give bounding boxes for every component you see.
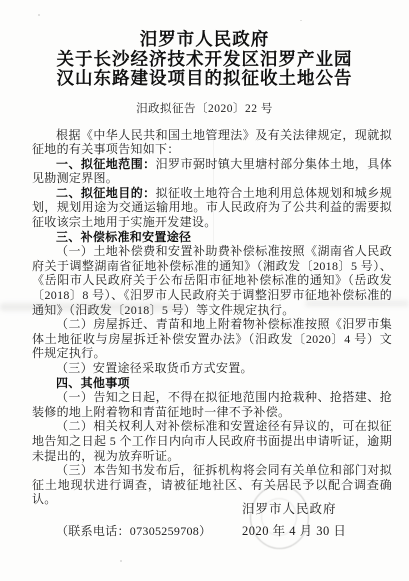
signature-issuer: 汨罗市人民政府 xyxy=(242,499,346,519)
document-number: 汨政拟征告〔2020〕22 号 xyxy=(0,100,409,116)
paragraph: （一）土地补偿费和安置补助费补偿标准按照《湖南省人民政府关于调整湖南省征地补偿标… xyxy=(32,244,392,317)
document-body: 根据《中华人民共和国土地管理法》及有关法律规定，现就拟征地的有关事项告知如下：一… xyxy=(32,128,392,507)
document-header: 汨罗市人民政府 关于长沙经济技术开发区汨罗产业园 汉山东路建设项目的拟征收土地公… xyxy=(0,0,409,116)
paragraph: 四、其他事项 xyxy=(32,376,392,391)
title-line-subject: 关于长沙经济技术开发区汨罗产业园 xyxy=(0,50,409,70)
paragraph: 一、拟征地范围：汨罗市弼时镇大里塘村部分集体土地，具体见勘测定界图。 xyxy=(32,157,392,186)
paragraph-heading: 四、其他事项 xyxy=(56,376,130,390)
paragraph: （二）房屋拆迁、青苗和地上附着物补偿标准按照《汨罗市集体土地征收与房屋拆迁补偿安… xyxy=(32,317,392,361)
paragraph: 根据《中华人民共和国土地管理法》及有关法律规定，现就拟征地的有关事项告知如下： xyxy=(32,128,392,157)
paragraph: （二）相关权利人对补偿标准和安置途径有异议的，可在拟征地告知之日起 5 个工作日… xyxy=(32,419,392,463)
paragraph-heading: 二、拟征地目的： xyxy=(56,186,156,200)
title-line-issuer: 汨罗市人民政府 xyxy=(0,30,409,50)
signature-block: 汨罗市人民政府 2020 年 4 月 30 日 xyxy=(242,499,346,543)
document-page: 汨罗市人民政府 关于长沙经济技术开发区汨罗产业园 汉山东路建设项目的拟征收土地公… xyxy=(0,0,409,581)
signature-date: 2020 年 4 月 30 日 xyxy=(242,519,346,543)
title-line-subject2: 汉山东路建设项目的拟征收土地公告 xyxy=(0,69,409,89)
paragraph: 二、拟征地目的：拟征收土地符合土地利用总体规划和城乡规划，规划用途为交通运输用地… xyxy=(32,186,392,230)
paragraph-heading: 三、补偿标准和安置途径 xyxy=(56,230,191,244)
scan-speck xyxy=(120,560,122,562)
document-title: 汨罗市人民政府 关于长沙经济技术开发区汨罗产业园 汉山东路建设项目的拟征收土地公… xyxy=(0,0,409,89)
paragraph-heading: 一、拟征地范围： xyxy=(56,157,156,171)
paragraph: （三）安置途径采取货币方式安置。 xyxy=(32,361,392,376)
paragraph: （一）告知之日起，不得在拟征地范围内抢栽种、抢搭建、抢装修的地上附着物和青苗征地… xyxy=(32,390,392,419)
paragraph: 三、补偿标准和安置途径 xyxy=(32,230,392,245)
